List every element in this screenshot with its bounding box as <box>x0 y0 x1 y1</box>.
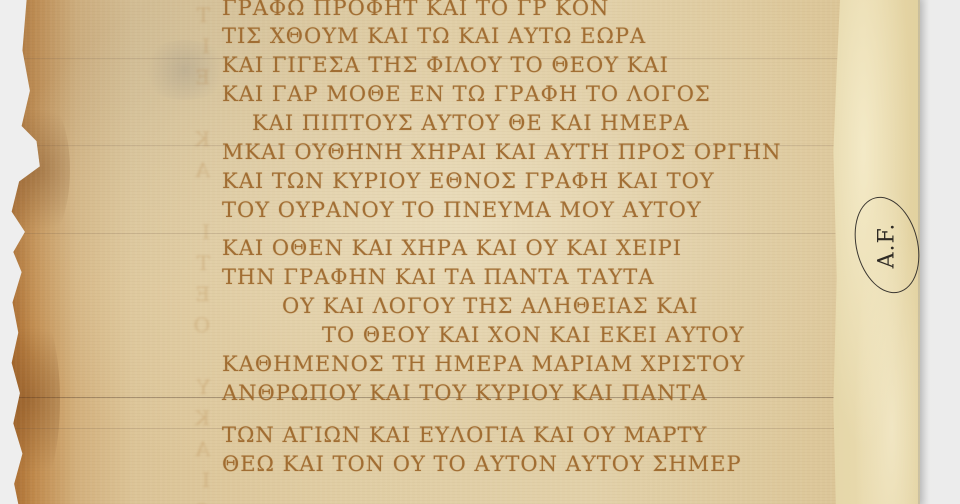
script-line: ΤΟ ΘΕΟΥ ΚΑΙ ΧΟΝ ΚΑΙ ΕΚΕΙ ΑΥΤΟΥ <box>322 323 745 347</box>
script-line: ΚΑΙ ΓΙΓΕΣΑ ΤΗΣ ΦΙΛΟΥ ΤΟ ΘΕΟΥ ΚΑΙ <box>222 53 669 77</box>
stub-shadow <box>918 0 930 504</box>
stamp-label: A.F. <box>875 222 900 268</box>
script-line: ΤΗΝ ΓΡΑΦΗΝ ΚΑΙ ΤΑ ΠΑΝΤΑ ΤΑΥΤΑ <box>222 265 654 289</box>
script-text-block: ΓΡΑΦΩ ΠΡΟΦΗΤ ΚΑΙ ΤΟ ΓΡ ΚΟΝ ΤΙΣ ΧΘΟΥΜ ΚΑΙ… <box>222 0 822 504</box>
script-line: ΜΚΑΙ ΟΥΘΗΝΗ ΧΗΡΑΙ ΚΑΙ ΑΥΤΗ ΠΡΟΣ ΟΡΓΗΝ <box>222 140 781 164</box>
grey-stain <box>140 40 230 100</box>
script-line: ΚΑΙ ΠΙΠΤΟΥΣ ΑΥΤΟΥ ΘΕ ΚΑΙ ΗΜΕΡΑ <box>252 111 690 135</box>
script-line: ΓΡΑΦΩ ΠΡΟΦΗΤ ΚΑΙ ΤΟ ΓΡ ΚΟΝ <box>222 0 609 20</box>
script-line: ΚΑΙ ΟΘΕΝ ΚΑΙ ΧΗΡΑ ΚΑΙ ΟΥ ΚΑΙ ΧΕΙΡΙ <box>222 236 682 260</box>
show-through-script: Τ Ι Ε Κ Α Ι Τ Ε Ο Υ Κ Α Ι Ο <box>50 0 210 504</box>
script-line: ΤΟΥ ΟΥΡΑΝΟΥ ΤΟ ΠΝΕΥΜΑ ΜΟΥ ΑΥΤΟΥ <box>222 198 702 222</box>
script-line: ΑΝΘΡΩΠΟΥ ΚΑΙ ΤΟΥ ΚΥΡΙΟΥ ΚΑΙ ΠΑΝΤΑ <box>222 381 708 405</box>
script-line: ΟΥ ΚΑΙ ΛΟΓΟΥ ΤΗΣ ΑΛΗΘΕΙΑΣ ΚΑΙ <box>282 294 698 318</box>
script-line: ΘΕΩ ΚΑΙ ΤΟΝ ΟΥ ΤΟ ΑΥΤΟΝ ΑΥΤΟΥ ΣΗΜΕΡ <box>222 452 742 476</box>
script-line: ΤΙΣ ΧΘΟΥΜ ΚΑΙ ΤΩ ΚΑΙ ΑΥΤΩ ΕΩΡΑ <box>222 24 646 48</box>
script-line: ΚΑΙ ΓΑΡ ΜΟΘΕ ΕΝ ΤΩ ΓΡΑΦΗ ΤΟ ΛΟΓΟΣ <box>222 82 711 106</box>
script-line: ΤΩΝ ΑΓΙΩΝ ΚΑΙ ΕΥΛΟΓΙΑ ΚΑΙ ΟΥ ΜΑΡΤΥ <box>222 423 707 447</box>
script-line: ΚΑΙ ΤΩΝ ΚΥΡΙΟΥ ΕΘΝΟΣ ΓΡΑΦΗ ΚΑΙ ΤΟΥ <box>222 169 715 193</box>
script-line: ΚΑΘΗΜΕΝΟΣ ΤΗ ΗΜΕΡΑ ΜΑΡΙΑΜ ΧΡΙΣΤΟΥ <box>222 352 745 376</box>
